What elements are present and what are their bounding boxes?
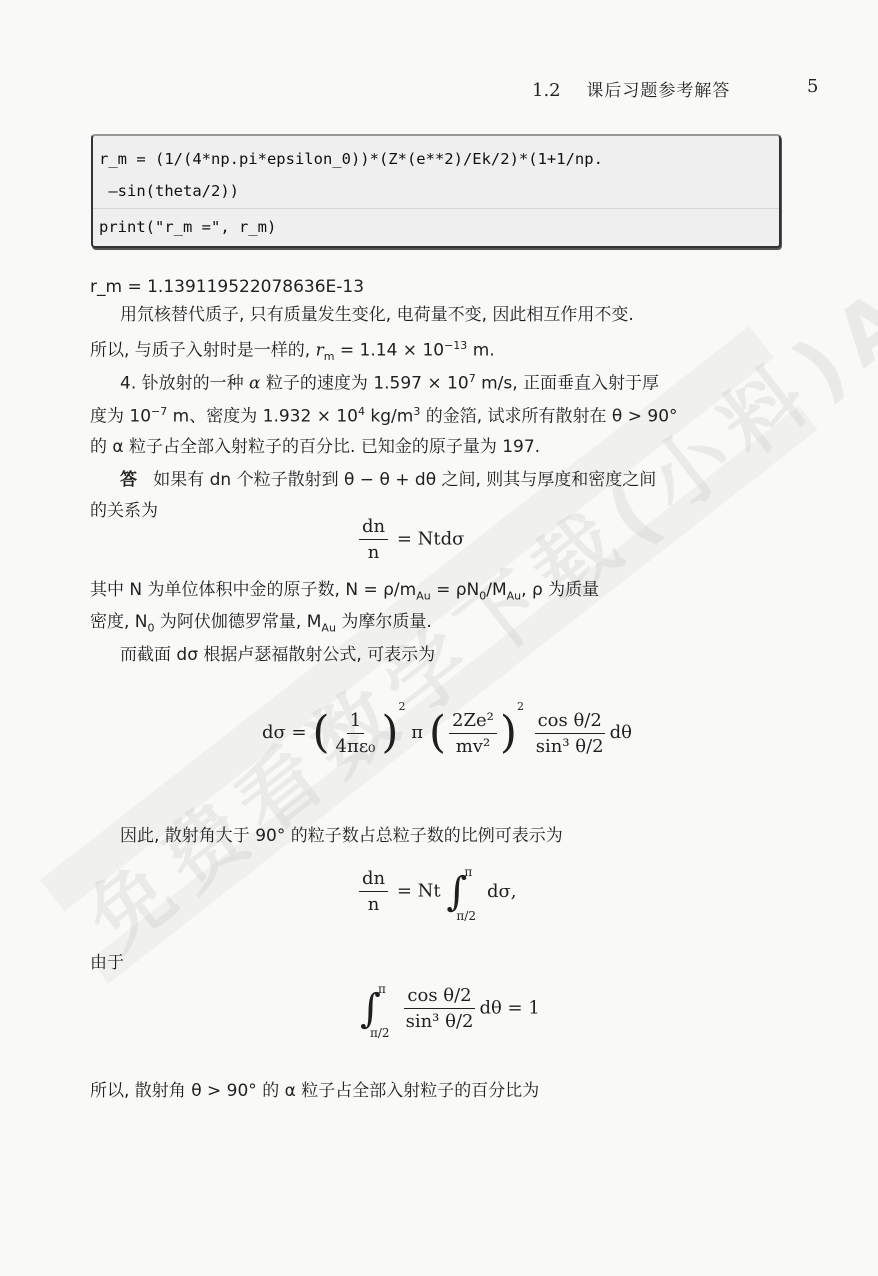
numerator: cos θ/2 bbox=[404, 985, 474, 1009]
text: m/s, 正面垂直入射于厚 bbox=[476, 374, 659, 394]
numerator: dn bbox=[359, 516, 388, 540]
denominator: mv² bbox=[453, 734, 493, 757]
fraction: dnn bbox=[359, 516, 388, 563]
text: m、密度为 1.932 × 10 bbox=[167, 407, 358, 427]
fraction: 2Ze²mv² bbox=[449, 710, 497, 757]
denominator: n bbox=[365, 540, 383, 563]
math-sub: m bbox=[324, 350, 335, 363]
text: 4. 钋放射的一种 bbox=[120, 374, 244, 394]
power: 2 bbox=[517, 700, 524, 713]
cross-section-intro: 而截面 dσ 根据卢瑟福散射公式, 可表示为 bbox=[120, 647, 435, 664]
denominator: sin³ θ/2 bbox=[403, 1009, 477, 1032]
text: 的金箔, 试求所有散射在 θ > 90° bbox=[420, 407, 677, 427]
pi: π bbox=[411, 722, 423, 743]
equation-tail: dθ bbox=[610, 722, 632, 743]
ratio-intro: 因此, 散射角大于 90° 的粒子数占总粒子数的比例可表示为 bbox=[120, 828, 563, 845]
text: , ρ 为质量 bbox=[521, 580, 599, 600]
code-output: r_m = 1.139119522078636E-13 bbox=[90, 279, 364, 296]
numerator: 2Ze² bbox=[449, 710, 497, 734]
math-sub: 0 bbox=[148, 621, 155, 634]
fraction: dnn bbox=[359, 868, 388, 915]
math-sub: Au bbox=[507, 589, 522, 602]
math-exp: −13 bbox=[444, 339, 467, 352]
text: 所以, 与质子入射时是一样的, bbox=[90, 341, 310, 361]
math-alpha: α bbox=[249, 374, 260, 394]
fraction: cos θ/2sin³ θ/2 bbox=[533, 710, 607, 757]
math-exp: 7 bbox=[469, 372, 476, 385]
math-exp: 4 bbox=[358, 405, 365, 418]
section-number: 1.2 bbox=[532, 80, 561, 101]
code-line-1: r_m = (1/(4*np.pi*epsilon_0))*(Z*(e**2)/… bbox=[99, 150, 603, 168]
text: = ρN bbox=[431, 580, 480, 600]
text: 为阿伏伽德罗常量, M bbox=[155, 612, 322, 632]
paragraph-deuteron-result: 所以, 与质子入射时是一样的, rm = 1.14 × 10−13 m. bbox=[90, 340, 495, 362]
equation-dn-over-n: dnn = Ntdσ bbox=[356, 516, 464, 563]
fraction: 14πε₀ bbox=[333, 710, 379, 757]
running-header: 1.2 课后习题参考解答 5 bbox=[532, 76, 730, 101]
numerator: dn bbox=[359, 868, 388, 892]
text: 粒子的速度为 1.597 × 10 bbox=[266, 374, 469, 394]
power: 2 bbox=[399, 700, 406, 713]
text: 度为 10 bbox=[90, 407, 151, 427]
equation-rutherford: dσ = (14πε₀)2 π (2Ze²mv²)2 cos θ/2sin³ θ… bbox=[262, 700, 632, 757]
math-sub: Au bbox=[416, 589, 431, 602]
paragraph-deuteron: 用氘核替代质子, 只有质量发生变化, 电荷量不变, 因此相互作用不变. bbox=[120, 307, 634, 324]
code-block: r_m = (1/(4*np.pi*epsilon_0))*(Z*(e**2)/… bbox=[91, 134, 781, 248]
answer-line-2: 的关系为 bbox=[90, 503, 158, 520]
where-line-1: 其中 N 为单位体积中金的原子数, N = ρ/mAu = ρN0/MAu, ρ… bbox=[90, 582, 599, 601]
code-line-3: print("r_m =", r_m) bbox=[99, 218, 276, 236]
paren-right: ) bbox=[500, 707, 517, 758]
answer-label: 答 bbox=[120, 470, 137, 490]
numerator: cos θ/2 bbox=[535, 710, 605, 734]
where-line-2: 密度, N0 为阿伏伽德罗常量, MAu 为摩尔质量. bbox=[90, 614, 432, 633]
text: 为摩尔质量. bbox=[336, 612, 432, 632]
equation-mid: = Nt bbox=[397, 881, 441, 902]
paren-left: ( bbox=[429, 707, 446, 758]
math-r: r bbox=[316, 341, 324, 361]
paren-left: ( bbox=[312, 707, 329, 758]
text: 密度, N bbox=[90, 612, 148, 632]
denominator: n bbox=[365, 892, 383, 915]
equation-integral-identity: ∫ππ/2 cos θ/2sin³ θ/2dθ = 1 bbox=[360, 985, 540, 1032]
integral-sign: ∫ππ/2 bbox=[360, 986, 381, 1032]
text: kg/m bbox=[365, 407, 413, 427]
upper-limit: π bbox=[378, 982, 386, 996]
math-sub: Au bbox=[321, 621, 336, 634]
fraction: cos θ/2sin³ θ/2 bbox=[403, 985, 477, 1032]
integrand: dσ, bbox=[487, 881, 517, 902]
lower-limit: π/2 bbox=[370, 1026, 390, 1040]
equation-rhs: = Ntdσ bbox=[397, 529, 465, 550]
problem-4-line-3: 的 α 粒子占全部入射粒子的百分比. 已知金的原子量为 197. bbox=[90, 439, 540, 456]
paren-right: ) bbox=[381, 707, 398, 758]
equation-tail: dθ = 1 bbox=[479, 998, 539, 1019]
code-line-2: —sin(theta/2)) bbox=[99, 182, 239, 200]
math-exp: −7 bbox=[151, 405, 167, 418]
code-divider bbox=[93, 208, 779, 209]
denominator: sin³ θ/2 bbox=[533, 734, 607, 757]
answer-line-1: 答 如果有 dn 个粒子散射到 θ − θ + dθ 之间, 则其与厚度和密度之… bbox=[120, 472, 656, 489]
upper-limit: π bbox=[464, 865, 472, 879]
denominator: 4πε₀ bbox=[333, 734, 379, 757]
section-title: 课后习题参考解答 bbox=[586, 81, 730, 101]
text: /M bbox=[486, 580, 506, 600]
problem-4-line-1: 4. 钋放射的一种 α 粒子的速度为 1.597 × 107 m/s, 正面垂直… bbox=[120, 373, 659, 393]
math-unit: m. bbox=[467, 341, 494, 361]
equation-lhs: dσ = bbox=[262, 722, 307, 743]
text: 其中 N 为单位体积中金的原子数, N = ρ/m bbox=[90, 580, 416, 600]
since-label: 由于 bbox=[90, 955, 124, 972]
problem-4-line-2: 度为 10−7 m、密度为 1.932 × 104 kg/m3 的金箔, 试求所… bbox=[90, 406, 678, 426]
page-number: 5 bbox=[807, 76, 818, 97]
text: 如果有 dn 个粒子散射到 θ − θ + dθ 之间, 则其与厚度和密度之间 bbox=[153, 470, 656, 490]
integral-sign: ∫ππ/2 bbox=[446, 869, 467, 915]
equation-ratio-integral: dnn = Nt ∫ππ/2 dσ, bbox=[356, 868, 517, 915]
numerator: 1 bbox=[347, 710, 364, 734]
conclusion-line: 所以, 散射角 θ > 90° 的 α 粒子占全部入射粒子的百分比为 bbox=[90, 1083, 539, 1100]
lower-limit: π/2 bbox=[456, 909, 476, 923]
math-value: = 1.14 × 10 bbox=[334, 341, 444, 361]
